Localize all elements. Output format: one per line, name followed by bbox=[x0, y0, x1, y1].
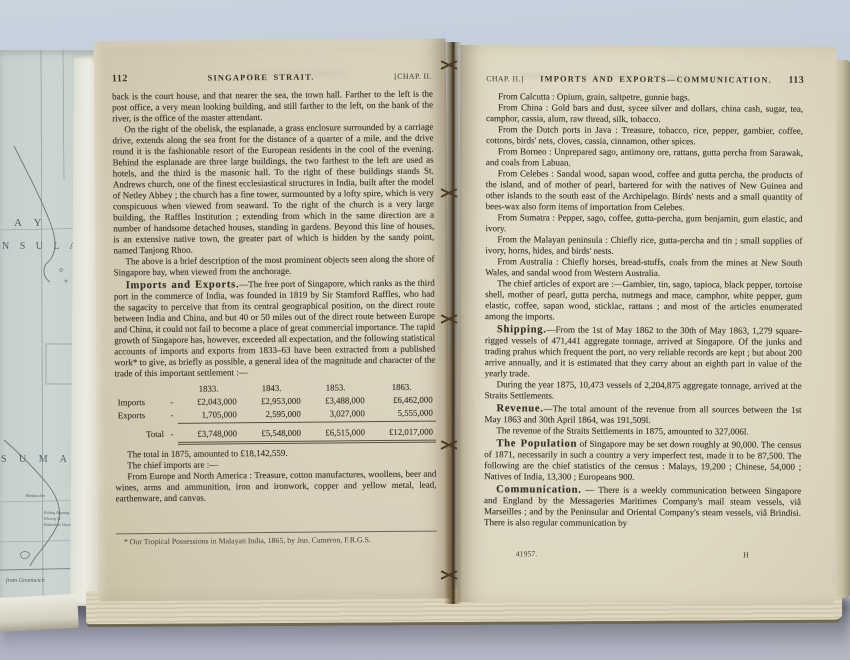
table-value: 1,705,000 bbox=[178, 409, 240, 424]
stitch-thread-icon bbox=[440, 188, 458, 199]
paragraph: The above is a brief description of the … bbox=[113, 254, 434, 279]
map-label-inset-3: Kuilenlon Chan. bbox=[43, 522, 72, 527]
left-paragraphs-bottom: The total in 1875, amounted to £18,142,5… bbox=[115, 447, 436, 505]
table-year-header: 1833. bbox=[178, 383, 240, 395]
page-number: 113 bbox=[788, 75, 804, 86]
paragraph: During the year 1875, 10,473 vessels of … bbox=[485, 379, 802, 403]
paragraph: From Celebes : Sandal wood, sapan wood, … bbox=[486, 168, 803, 214]
paragraph: Shipping.—From the 1st of May 1862 to th… bbox=[485, 324, 802, 381]
table-cell: - bbox=[166, 397, 178, 408]
map-label-malay-1: A Y bbox=[14, 217, 47, 229]
table-value: £2,043,000 bbox=[178, 396, 240, 408]
stitch-thread-icon bbox=[440, 570, 458, 581]
stitch-thread-icon bbox=[440, 314, 458, 325]
table-value: £3,488,000 bbox=[304, 395, 368, 407]
map-label-inset-2: Klowig St. bbox=[43, 516, 61, 521]
table-value: £2,953,000 bbox=[240, 396, 304, 408]
section-lead: The Population bbox=[496, 438, 577, 449]
map-label-malay-2: N S U L A bbox=[2, 241, 80, 252]
paragraph: From Borneo : Unprepared sago, antimony … bbox=[486, 146, 803, 170]
chapter-mark: [CHAP. II. bbox=[394, 72, 432, 81]
paragraph: Imports and Exports.—The free port of Si… bbox=[114, 278, 436, 380]
table-cell: - bbox=[166, 426, 178, 445]
map-label-town: Benkoolen bbox=[26, 493, 46, 498]
table-cell: - bbox=[166, 410, 178, 424]
left-page: SINGAPORE STRAIT. 112 SINGAPORE STRAIT. … bbox=[94, 38, 451, 601]
table-year-header: 1853. bbox=[304, 382, 368, 394]
binding-gutter bbox=[444, 42, 462, 604]
book-fore-edge bbox=[834, 60, 850, 598]
book-photo-scene: A Y N S U L A S U M A T R Benkoolen Puli… bbox=[0, 0, 850, 660]
right-page-header: CHAP. II.] IMPORTS AND EXPORTS—COMMUNICA… bbox=[486, 73, 804, 86]
paragraph: From the Dutch ports in Java : Treasure,… bbox=[486, 124, 803, 148]
table-year-header: 1863. bbox=[368, 382, 436, 394]
table-row-label: Exports bbox=[116, 410, 166, 424]
table-cell bbox=[116, 384, 166, 395]
table-total-label: Total bbox=[116, 426, 166, 445]
section-lead: Revenue. bbox=[497, 403, 544, 414]
paragraph: From China : Gold bars and dust, sycee s… bbox=[486, 102, 803, 126]
paragraph: Communication. — There is a weekly commu… bbox=[484, 484, 801, 530]
right-paragraphs: From Calcutta : Opium, grain, saltpetre,… bbox=[484, 91, 803, 530]
running-title: SINGAPORE STRAIT. bbox=[208, 73, 315, 83]
table-row-label: Imports bbox=[116, 397, 166, 408]
section-lead: Communication. bbox=[496, 484, 581, 495]
paragraph: Revenue.—The total amount of the revenue… bbox=[484, 403, 801, 427]
section-lead: Shipping. bbox=[497, 324, 547, 335]
stitch-thread-icon bbox=[440, 60, 458, 71]
map-coastline-peninsula bbox=[14, 146, 55, 282]
table-value: 5,555,000 bbox=[368, 408, 436, 423]
stitch-thread-icon bbox=[440, 440, 458, 451]
running-title: IMPORTS AND EXPORTS—COMMUNICATION. bbox=[540, 74, 772, 84]
table-total-value: £5,548,000 bbox=[240, 428, 304, 445]
paragraph: On the right of the obelisk, the esplana… bbox=[112, 122, 434, 257]
paragraph: From the Malayan peninsula : Chiefly ric… bbox=[485, 234, 802, 258]
paragraph: The revenue of the Straits Settlements i… bbox=[484, 425, 801, 438]
right-page-footer: 41957. H bbox=[484, 549, 801, 560]
paragraph: From Australia : Chiefly horses, bread-s… bbox=[485, 256, 802, 280]
left-paragraphs-top: back is the court house, and that nearer… bbox=[112, 89, 436, 380]
table-total-value: £12,017,000 bbox=[368, 427, 436, 444]
table-value: 3,027,000 bbox=[304, 408, 368, 423]
right-page-body: From Calcutta : Opium, grain, saltpetre,… bbox=[484, 91, 803, 530]
right-page: IMPORTS AND EXPORTS—COMMUNICATION. CHAP.… bbox=[458, 45, 837, 604]
table-total-value: £3,748,000 bbox=[178, 428, 240, 445]
map-label-greenwich: from Greenwich bbox=[6, 577, 45, 584]
table-value: 2,595,000 bbox=[240, 409, 304, 424]
paragraph: back is the court house, and that nearer… bbox=[112, 89, 433, 125]
page-number: 112 bbox=[112, 73, 128, 84]
section-lead: Imports and Exports. bbox=[126, 279, 240, 291]
paragraph: The Population of Singapore may be set d… bbox=[484, 438, 801, 484]
table-total-value: £6,515,000 bbox=[304, 427, 368, 444]
paragraph: The chief articles of export are :—Gambi… bbox=[485, 278, 802, 324]
trade-table: 1833.1843.1853.1863.Imports-£2,043,000£2… bbox=[116, 382, 437, 446]
map-bottom-edge bbox=[0, 594, 79, 632]
table-year-header: 1843. bbox=[240, 383, 304, 395]
footnote: * Our Tropical Possessions in Malayan In… bbox=[116, 531, 437, 547]
table-cell bbox=[166, 384, 178, 395]
chapter-mark: CHAP. II.] bbox=[486, 74, 524, 83]
table-value: £6,462,000 bbox=[368, 395, 436, 407]
signature-mark: H bbox=[743, 551, 749, 560]
left-page-body: back is the court house, and that nearer… bbox=[112, 89, 437, 505]
map-label-inset-1: Puling Bayang St. bbox=[43, 510, 74, 515]
paragraph: From Europe and North America : Treasure… bbox=[115, 469, 436, 505]
printer-code: 41957. bbox=[516, 549, 538, 558]
left-page-header: 112 SINGAPORE STRAIT. [CHAP. II. bbox=[112, 71, 432, 85]
paragraph: From Sumatra : Pepper, sago, coffee, gut… bbox=[485, 212, 802, 236]
